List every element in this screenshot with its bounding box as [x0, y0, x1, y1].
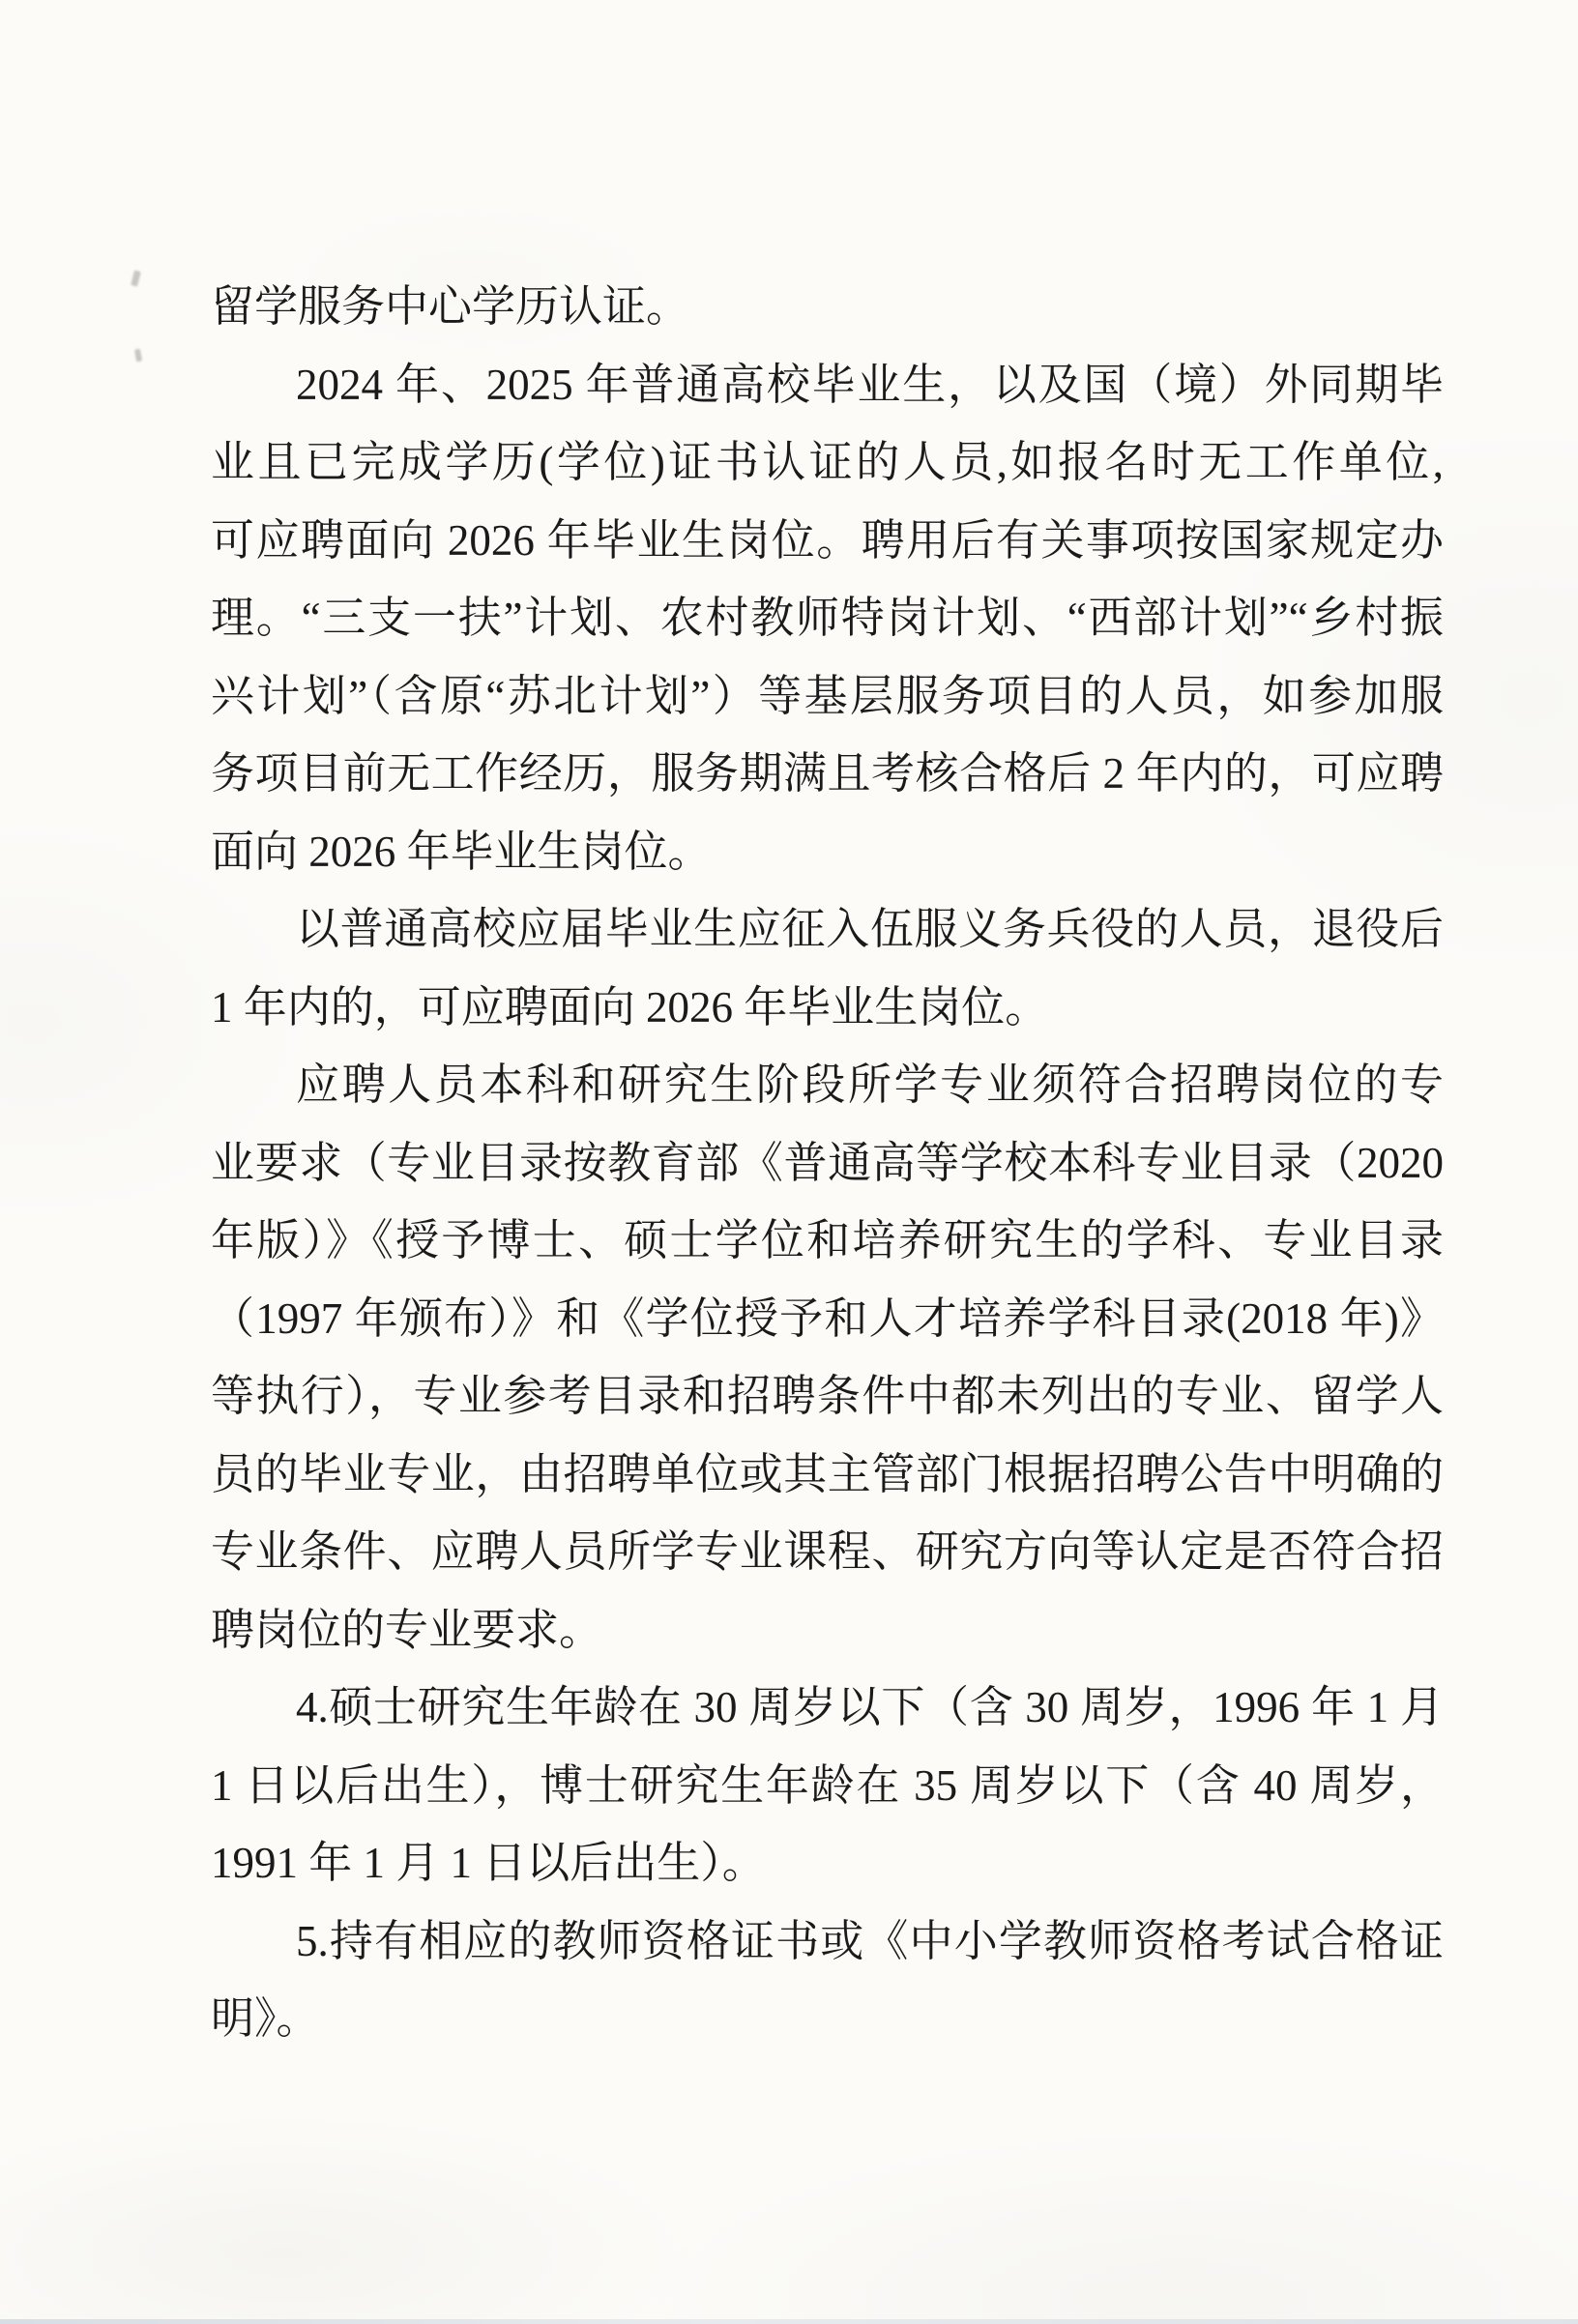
text-line: 专业条件、应聘人员所学专业课程、研究方向等认定是否符合招 — [211, 1513, 1444, 1591]
text-line: 1991 年 1 月 1 日以后出生）。 — [211, 1824, 1444, 1903]
text-line: 员的毕业专业，由招聘单位或其主管部门根据招聘公告中明确的 — [211, 1436, 1444, 1514]
text-line: 业要求（专业目录按教育部《普通高等学校本科专业目录（2020 — [211, 1124, 1444, 1203]
text-line: 留学服务中心学历认证。 — [211, 268, 1444, 346]
text-line: （1997 年颁布）》和《学位授予和人才培养学科目录(2018 年)》 — [211, 1280, 1444, 1358]
text-line: 理。“三支一扶”计划、农村教师特岗计划、“西部计划”“乡村振 — [211, 579, 1444, 657]
text-line: 业且已完成学历(学位)证书认证的人员,如报名时无工作单位, — [211, 423, 1444, 502]
text-line: 2024 年、2025 年普通高校毕业生，以及国（境）外同期毕 — [211, 346, 1444, 424]
text-line: 应聘人员本科和研究生阶段所学专业须符合招聘岗位的专 — [211, 1046, 1444, 1124]
text-line: 兴计划”（含原“苏北计划”）等基层服务项目的人员，如参加服 — [211, 657, 1444, 736]
text-line: 面向 2026 年毕业生岗位。 — [211, 813, 1444, 891]
text-line: 明》。 — [211, 1980, 1444, 2058]
text-line: 年版）》《授予博士、硕士学位和培养研究生的学科、专业目录 — [211, 1202, 1444, 1280]
text-line: 聘岗位的专业要求。 — [211, 1591, 1444, 1670]
text-line: 以普通高校应届毕业生应征入伍服义务兵役的人员，退役后 — [211, 890, 1444, 969]
text-line: 5.持有相应的教师资格证书或《中小学教师资格考试合格证 — [211, 1903, 1444, 1981]
document-body: 留学服务中心学历认证。 2024 年、2025 年普通高校毕业生，以及国（境）外… — [211, 268, 1444, 2058]
text-line: 可应聘面向 2026 年毕业生岗位。聘用后有关事项按国家规定办 — [211, 502, 1444, 580]
text-line: 等执行），专业参考目录和招聘条件中都未列出的专业、留学人 — [211, 1357, 1444, 1436]
scanner-edge-artifact — [0, 2319, 1578, 2324]
text-line: 务项目前无工作经历，服务期满且考核合格后 2 年内的，可应聘 — [211, 735, 1444, 813]
scan-speck — [134, 349, 142, 363]
text-line: 4.硕士研究生年龄在 30 周岁以下（含 30 周岁，1996 年 1 月 — [211, 1669, 1444, 1747]
document-page: 留学服务中心学历认证。 2024 年、2025 年普通高校毕业生，以及国（境）外… — [0, 0, 1578, 2324]
scan-speck — [131, 270, 141, 286]
text-line: 1 日以后出生），博士研究生年龄在 35 周岁以下（含 40 周岁， — [211, 1747, 1444, 1825]
text-line: 1 年内的，可应聘面向 2026 年毕业生岗位。 — [211, 969, 1444, 1047]
